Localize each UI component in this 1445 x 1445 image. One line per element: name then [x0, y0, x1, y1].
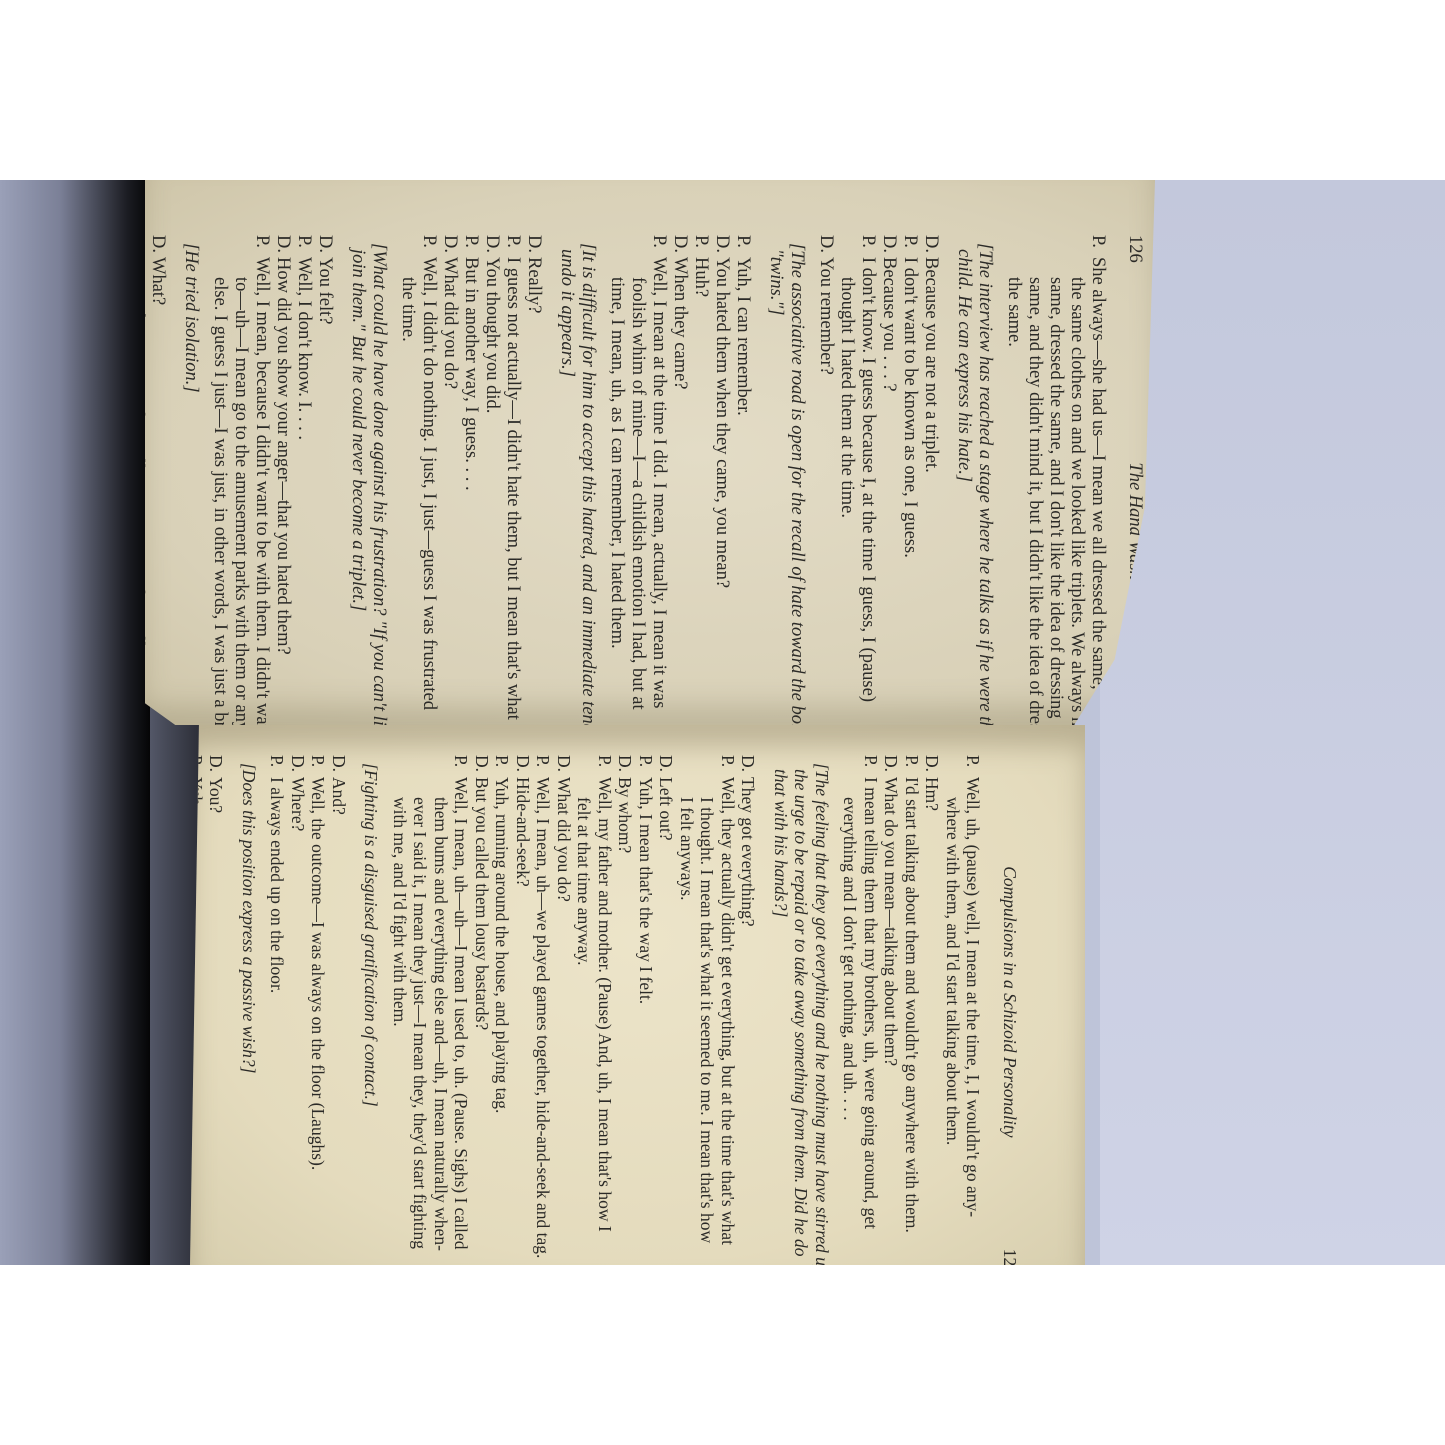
dialogue-line: P.Well, uh, (pause) well, I mean at the … — [943, 755, 984, 1265]
speaker-label: D. — [272, 235, 293, 257]
speaker-label: D. — [711, 235, 732, 257]
speaker-label: P. — [943, 755, 984, 777]
dialogue-text: You? — [206, 777, 227, 1265]
dialogue-line: P.Well, my father and mother. (Pause) An… — [574, 755, 615, 1265]
dialogue-text: I'd start talking about them and wouldn'… — [902, 777, 923, 1265]
dialogue-line: D.You remember? — [815, 235, 836, 795]
dialogue-text: Well, I mean, because I didn't want to b… — [209, 257, 272, 795]
page-126-text: 126 The Hand Washer P.She always—she had… — [42, 235, 1145, 795]
dialogue-line: P.Well, I mean, uh—we played games toget… — [533, 755, 554, 1265]
dialogue-line: D.You thought you did. — [481, 235, 502, 795]
dialogue-text: Well, the outcome—I was always on the fl… — [308, 777, 329, 1265]
dialogue-line: P.She always—she had us—I mean we all dr… — [1003, 235, 1108, 795]
speaker-label: P. — [1003, 235, 1108, 257]
editorial-note: [The feeling that they got everything an… — [771, 769, 833, 1265]
dialogue-line: D.But you called them lousy bastards? — [472, 755, 493, 1265]
dialogue-line: D.Because you are not a triplet. — [920, 235, 941, 795]
dialogue-line: D.What did you do? — [439, 235, 460, 795]
dialogue-text: What do you mean—talking about them? — [881, 777, 902, 1265]
speaker-label: P. — [899, 235, 920, 257]
speaker-label: P. — [390, 755, 472, 777]
speaker-label: D. — [481, 235, 502, 257]
dialogue-text: I always ended up on the floor. — [267, 777, 288, 1265]
speaker-label: D. — [206, 755, 227, 777]
editorial-note: [Fighting is a disguised gratification o… — [361, 769, 382, 1265]
dialogue-line: P.Huh? — [690, 235, 711, 795]
speaker-label: P. — [574, 755, 615, 777]
speaker-label: D. — [523, 235, 544, 257]
dialogue-line: D.By whom? — [615, 755, 636, 1265]
dialogue-text: I don't want to be known as one, I guess… — [899, 257, 920, 795]
dialogue-line: P.Well, I don't know. I. . . . — [293, 235, 314, 795]
dialogue-text: Really? — [523, 257, 544, 795]
speaker-label: D. — [288, 755, 309, 777]
dialogue-text: Yuh, I mean that's the way I felt. — [636, 777, 657, 1265]
editorial-note: [What could he have done against his fru… — [347, 249, 389, 795]
dialogue-line: P.I'd start talking about them and would… — [902, 755, 923, 1265]
dialogue-line: P.I don't want to be known as one, I gue… — [899, 235, 920, 795]
editorial-note: [He tried isolation.] — [180, 249, 201, 795]
speaker-label: D. — [669, 235, 690, 257]
dialogue-text: How did you show your anger—that you hat… — [272, 257, 293, 795]
editorial-note: [Does this position express a passive wi… — [239, 769, 260, 1265]
speaker-label: P. — [267, 755, 288, 777]
speaker-label: D. — [881, 755, 902, 777]
dialogue-text: Because you are not a triplet. — [920, 257, 941, 795]
dialogue-text: Well, my father and mother. (Pause) And,… — [574, 777, 615, 1265]
dialogue-text: Well, uh, (pause) well, I mean at the ti… — [943, 777, 984, 1265]
dialogue-line: P.Well, I didn't do nothing. I just, I j… — [397, 235, 439, 795]
page-number: 127 — [1000, 1249, 1021, 1265]
dialogue-text: Well, I mean, uh—we played games togethe… — [533, 777, 554, 1265]
speaker-label: P. — [502, 235, 523, 257]
dialogue-line: P.I mean telling them that my brothers, … — [840, 755, 881, 1265]
dialogue-line: D.How did you like that? — [165, 755, 186, 1265]
dialogue-line: D.You hated them when they came, you mea… — [711, 235, 732, 795]
dialogue-line: P.I always ended up on the floor. — [267, 755, 288, 1265]
dialogue-text: What? — [147, 257, 168, 795]
speaker-label: D. — [920, 235, 941, 257]
dialogue-line: D.Left out? — [656, 755, 677, 1265]
speaker-label: P. — [492, 755, 513, 777]
dialogue-text: How did you like that? — [165, 777, 186, 1265]
speaker-label: D. — [922, 755, 943, 777]
dialogue-text: Well, they actually didn't get everythin… — [677, 777, 739, 1265]
dialogue-line: D.Where? — [288, 755, 309, 1265]
speaker-label: P. — [677, 755, 739, 777]
dialogue-text: You hated them when they came, you mean? — [711, 257, 732, 795]
speaker-label: D. — [314, 235, 335, 257]
speaker-label: D. — [615, 755, 636, 777]
speaker-label: P. — [397, 235, 439, 257]
dialogue-line: D.And? — [329, 755, 350, 1265]
dialogue-line: P.Yuh. — [186, 755, 207, 1265]
dialogue-line: P.But in another way, I guess. . . . — [460, 235, 481, 795]
speaker-label: P. — [902, 755, 923, 777]
speaker-label: P. — [732, 235, 753, 257]
dialogue-line: D.Really? — [523, 235, 544, 795]
dialogue-line: D.Because you . . . ? — [878, 235, 899, 795]
speaker-label: P. — [606, 235, 669, 257]
page-127-text: Compulsions in a Schizoid Personality 12… — [0, 755, 1020, 1265]
dialogue-text: Well, I don't know. I. . . . — [293, 257, 314, 795]
speaker-label: P. — [840, 755, 881, 777]
dialogue-line: P.Well, I mean, uh—uh—I mean I used to, … — [390, 755, 472, 1265]
dialogue-text: And? — [329, 777, 350, 1265]
dialogue-text: You remember? — [815, 257, 836, 795]
dialogue-line: P.Yuh, running around the house, and pla… — [492, 755, 513, 1265]
dialogue-line: P.I guess not actually—I didn't hate the… — [502, 235, 523, 795]
dialogue-text: Where? — [288, 777, 309, 1265]
dialogue-line: D.What did you do? — [554, 755, 575, 1265]
dialogue-line: D.You? — [206, 755, 227, 1265]
dialogue-text: Hide-and-seek? — [513, 777, 534, 1265]
speaker-label: P. — [460, 235, 481, 257]
dialogue-text: Yuh, I can remember. — [732, 257, 753, 795]
dialogue-text: Hm? — [922, 777, 943, 1265]
dialogue-line: P.Well, I mean at the time I did. I mean… — [606, 235, 669, 795]
speaker-label: P. — [636, 755, 657, 777]
dialogue-line: D.When they came? — [669, 235, 690, 795]
dialogue-text: They got everything? — [738, 777, 759, 1265]
page-number: 126 — [1124, 235, 1145, 263]
speaker-label: D. — [439, 235, 460, 257]
editorial-note: [It is difficult for him to accept this … — [556, 249, 598, 795]
dialogue-text: Because you . . . ? — [878, 257, 899, 795]
dialogue-text: She always—she had us—I mean we all dres… — [1003, 257, 1108, 795]
dialogue-text: I mean telling them that my brothers, uh… — [840, 777, 881, 1265]
speaker-label: P. — [308, 755, 329, 777]
dialogue-text: Left out? — [656, 777, 677, 1265]
dialogue-text: Yuh, running around the house, and playi… — [492, 777, 513, 1265]
speaker-label: P. — [293, 235, 314, 257]
chapter-title: Compulsions in a Schizoid Personality — [1000, 755, 1021, 1249]
speaker-label: P. — [209, 235, 272, 257]
book-photo: 126 The Hand Washer P.She always—she had… — [0, 180, 1445, 1265]
dialogue-line: D.They got everything? — [738, 755, 759, 1265]
speaker-label: D. — [815, 235, 836, 257]
speaker-label: D. — [165, 755, 186, 777]
speaker-label: D. — [878, 235, 899, 257]
dialogue-text: By whom? — [615, 777, 636, 1265]
dialogue-text: But in another way, I guess. . . . — [460, 257, 481, 795]
shadow-background — [0, 180, 150, 1265]
dialogue-text: You thought you did. — [481, 257, 502, 795]
dialogue-line: P.Yuh, I can remember. — [732, 235, 753, 795]
dialogue-line: D.Hm? — [922, 755, 943, 1265]
dialogue-line: D.You felt? — [314, 235, 335, 795]
dialogue-text: What did you do? — [554, 777, 575, 1265]
dialogue-line: P.Well, the outcome—I was always on the … — [308, 755, 329, 1265]
transcript: P.She always—she had us—I mean we all dr… — [42, 235, 1108, 795]
page-127: Compulsions in a Schizoid Personality 12… — [190, 725, 1085, 1265]
dialogue-line: D.What do you mean—talking about them? — [881, 755, 902, 1265]
dialogue-text: I don't know. I guess because I, at the … — [836, 257, 878, 795]
speaker-label: P. — [836, 235, 878, 257]
page-126: 126 The Hand Washer P.She always—she had… — [145, 180, 1155, 725]
speaker-label: D. — [329, 755, 350, 777]
speaker-label: D. — [472, 755, 493, 777]
editorial-note: [The interview has reached a stage where… — [953, 249, 995, 795]
speaker-label: D. — [147, 235, 168, 257]
speaker-label: D. — [554, 755, 575, 777]
dialogue-text: I guess not actually—I didn't hate them,… — [502, 257, 523, 795]
dialogue-text: You felt? — [314, 257, 335, 795]
speaker-label: P. — [186, 755, 207, 777]
speaker-label: D. — [513, 755, 534, 777]
dialogue-line: P.I don't know. I guess because I, at th… — [836, 235, 878, 795]
table-surface — [1100, 180, 1445, 1265]
dialogue-text: Well, I mean, uh—uh—I mean I used to, uh… — [390, 777, 472, 1265]
dialogue-text: What did you do? — [439, 257, 460, 795]
dialogue-text: Yuh. — [186, 777, 207, 1265]
dialogue-line: D.What? — [147, 235, 168, 795]
speaker-label: P. — [690, 235, 711, 257]
speaker-label: D. — [738, 755, 759, 777]
dialogue-text: Well, I didn't do nothing. I just, I jus… — [397, 257, 439, 795]
speaker-label: P. — [533, 755, 554, 777]
dialogue-line: P.Well, they actually didn't get everyth… — [677, 755, 739, 1265]
running-head: Compulsions in a Schizoid Personality 12… — [1000, 755, 1021, 1265]
dialogue-text: But you called them lousy bastards? — [472, 777, 493, 1265]
dialogue-text: When they came? — [669, 257, 690, 795]
dialogue-line: D.Hide-and-seek? — [513, 755, 534, 1265]
dialogue-text: Huh? — [690, 257, 711, 795]
speaker-label: D. — [656, 755, 677, 777]
editorial-note: [The associative road is open for the re… — [765, 249, 807, 795]
dialogue-line: P.Well, I mean, because I didn't want to… — [209, 235, 272, 795]
dialogue-line: P.Yuh, I mean that's the way I felt. — [636, 755, 657, 1265]
dialogue-line: D.How did you show your anger—that you h… — [272, 235, 293, 795]
dialogue-text: Well, I mean at the time I did. I mean, … — [606, 257, 669, 795]
